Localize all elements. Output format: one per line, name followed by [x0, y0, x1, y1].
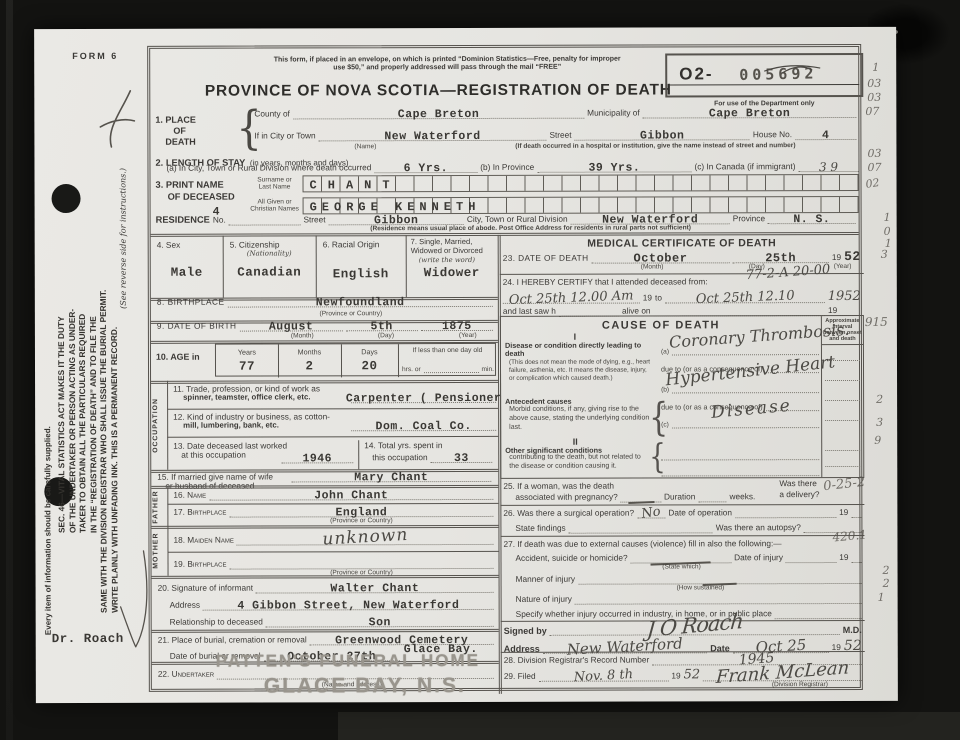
dob-year-note: (Year): [459, 332, 477, 339]
field27-label: 27. If death was due to external causes …: [503, 539, 781, 549]
street-field: Gibbon: [575, 129, 750, 140]
duration-label: Duration: [664, 493, 695, 503]
margin-note: 07: [867, 161, 881, 174]
dob-year: 1875: [442, 320, 472, 332]
margin-note: 1: [884, 211, 891, 224]
residence-street-label: Street: [303, 216, 325, 226]
hospital-note: (If death occurred in a hospital or inst…: [450, 142, 860, 150]
serial-number-box: O2- 005692: [665, 53, 863, 98]
county-label: County of: [254, 110, 290, 120]
field3-label1: 3. PRINT NAME: [156, 180, 224, 191]
registrar-signature-field: Frank McLean: [703, 670, 862, 681]
field25-label2: associated with pregnancy?: [515, 493, 617, 503]
field20-relation-line: Relationship to deceased Son: [170, 616, 494, 628]
field25-label1: 25. If a woman, was the death: [503, 482, 614, 492]
certify-from-field: Oct 25th 12.00 Am: [503, 293, 640, 304]
field12-label2: mill, lumbering, bank, etc.: [183, 421, 279, 430]
operation-19: 19: [839, 508, 848, 518]
film-bottom-strip: [338, 712, 960, 740]
operation-date-label: Date of operation: [668, 509, 732, 519]
residence-note: (Residence means usual place of abode. P…: [261, 224, 801, 232]
other-conditions-field2: [661, 465, 819, 476]
stay-a-label: (a) In City, Town or Rural Division wher…: [166, 164, 371, 174]
informant-value: Walter Chant: [330, 583, 419, 595]
given-names-value: GEORGE KENNETH: [310, 201, 481, 213]
dob-day-field: 5th: [346, 320, 418, 331]
age-days-value: 20: [341, 360, 398, 373]
citizenship-value: Canadian: [223, 266, 316, 279]
rule-12-13: [167, 436, 498, 438]
age-months-header: Months: [278, 347, 341, 356]
field1-county-line: County of Cape Breton Municipality of Ca…: [254, 107, 856, 120]
stay-a-field: 6 Yrs.: [374, 162, 477, 173]
interval-line: [825, 466, 860, 467]
dob-label: 9. DATE OF BIRTH: [157, 322, 237, 332]
spouse-field: Mary Chant: [291, 471, 491, 483]
field13-line: 1946: [281, 452, 353, 463]
surname-value: CHANT: [310, 179, 401, 191]
field27-nature-line: Nature of injury: [516, 593, 862, 605]
marital-sublabel: (write the word): [419, 256, 475, 264]
filed-label: 29. Filed: [504, 672, 536, 682]
mother-birthplace-field: [229, 558, 493, 570]
informant-address-field: 4 Gibbon Street, New Waterford: [203, 599, 494, 611]
md-label: M.D.: [843, 625, 862, 635]
mother-maiden-label: 18. Maiden Name: [173, 536, 233, 546]
field11-label2: spinner, teamster, office clerk, etc.: [183, 393, 310, 402]
cause-lead-label: Disease or condition directly leading to…: [505, 342, 650, 358]
municipality-field: Cape Breton: [643, 107, 857, 119]
stay-c-label: (c) In Canada (if immigrant): [694, 163, 795, 173]
field15-line: Mary Chant: [291, 471, 491, 483]
field14-label1: 14. Total yrs. spent in: [364, 441, 442, 451]
father-strip-divider: [167, 486, 168, 527]
relationship-value: Son: [369, 617, 391, 629]
field18-line: 18. Maiden Name unknown: [173, 534, 493, 546]
residence-no-field: [229, 214, 301, 225]
film-edge-streak: [6, 0, 13, 740]
age-min-label: min.: [482, 366, 494, 373]
relationship-field: Son: [266, 616, 494, 628]
field12-line: Dom. Coal Co.: [351, 420, 496, 431]
operation-label: 26. Was there a surgical operation?: [503, 509, 634, 519]
margin-note: 2: [883, 564, 890, 577]
spouse-value: Mary Chant: [354, 472, 428, 484]
given-sublabel-2: Christian Names: [249, 205, 301, 212]
other-conditions-field1: [661, 449, 819, 460]
field1-number: 1.: [155, 115, 163, 125]
last-worked-value: 1946: [302, 453, 332, 465]
informant-field: Walter Chant: [256, 582, 494, 594]
street-label: Street: [549, 131, 571, 141]
rule-26-27: [500, 535, 864, 537]
rule-below-residence: [151, 232, 859, 237]
certify-19a: 19: [643, 294, 652, 304]
mother-maiden-value: unknown: [322, 527, 409, 549]
field1-label-place: PLACE: [165, 115, 196, 125]
operation-year-field: [851, 507, 861, 518]
stay-b-label: (b) In Province: [480, 163, 534, 173]
age-hrs-field: [424, 362, 479, 373]
racial-origin-value: English: [316, 268, 406, 281]
division-registrar-note: (Division Registrar): [772, 681, 828, 688]
state-which-note: (State which): [637, 563, 727, 570]
mother-strip-label: MOTHER: [152, 528, 166, 574]
injury-19: 19: [839, 553, 848, 563]
age-years-value: 77: [216, 360, 278, 373]
dob-year-field: 1875: [421, 320, 493, 331]
residence-city-label: City, Town or Rural Division: [467, 215, 568, 225]
margin-note: 03: [867, 77, 881, 90]
age-box-divider: [398, 344, 399, 377]
informant-address-label: Address: [170, 601, 200, 611]
signature-field: J O Roach: [550, 624, 840, 636]
occupation-strip-divider: [167, 381, 168, 470]
rule-below-20: [152, 629, 499, 633]
age-box: Years Months Days If less than one day o…: [215, 343, 496, 377]
residence-no-label: No.: [213, 216, 226, 226]
rule-below-17: [151, 525, 498, 529]
county-value: Cape Breton: [398, 108, 479, 120]
other-conditions-note: contributing to the death, but not relat…: [509, 454, 651, 472]
certify-to-value: Oct 25th 12.10: [695, 289, 794, 306]
father-birthplace-label: 17. Birthplace: [173, 508, 226, 518]
field13-label2: at this occupation: [181, 451, 246, 461]
age-months-value: 2: [278, 360, 341, 373]
findings-label: State findings: [515, 524, 565, 534]
occupation-years-field: 33: [431, 452, 493, 463]
injury-date-label: Date of injury: [734, 554, 783, 564]
father-name-label: 16. Name: [173, 491, 206, 501]
undertaker-label: 22. Undertaker: [158, 670, 214, 680]
death-day-field: 25th: [732, 252, 829, 263]
operation-field: No: [637, 507, 665, 518]
municipality-value: Cape Breton: [709, 108, 790, 120]
death-month-field: October: [592, 252, 730, 263]
residence-label: RESIDENCE: [156, 215, 210, 226]
certify-from-value: Oct 25th 12.00 Am: [509, 289, 634, 307]
occupation-value: Carpenter ( Pensioner: [346, 392, 501, 404]
specify-field: [775, 608, 862, 619]
marital-label-2: Widowed or Divorced: [411, 247, 483, 256]
mother-maiden-field: unknown: [237, 534, 494, 546]
operation-date-field: [735, 507, 836, 518]
sex-value: Male: [151, 267, 223, 280]
field26-line1: 26. Was there a surgical operation? No D…: [503, 507, 861, 519]
rule-18-19: [167, 551, 498, 553]
margin-note: 02: [865, 176, 881, 191]
divider-13-14: [358, 440, 359, 469]
surname-sublabel: Surname or Last Name: [251, 176, 299, 190]
sidebar-supplied-note: Every item of information should be care…: [42, 135, 52, 637]
age-less-header: If less than one day old: [400, 347, 495, 354]
accident-label: Accident, suicide or homicide?: [515, 554, 627, 564]
nature-label: Nature of injury: [516, 595, 572, 605]
delivery-label2: a delivery?: [779, 490, 819, 500]
margin-note: 3: [881, 248, 888, 261]
father-birthplace-note: (Province or Country): [281, 517, 441, 524]
interval-line: [825, 380, 860, 381]
interval-line: [825, 420, 860, 421]
signed-by-label: Signed by: [504, 625, 547, 635]
given-names-comb-field: GEORGE KENNETH: [303, 196, 859, 214]
injury-year-field: [851, 552, 861, 563]
death-registration-document: FORM 6 Every item of information should …: [34, 27, 898, 703]
funeral-home-stamp-line1: PATTEN'S FUNERAL HOME: [216, 651, 480, 672]
residence-city-field: New Waterford: [571, 213, 730, 224]
age-days-header: Days: [341, 347, 398, 356]
field1-num-place: 1. PLACE: [155, 115, 196, 125]
cell-divider: [316, 235, 317, 297]
mail-instruction-note: This form, if placed in an envelope, on …: [212, 55, 682, 72]
field29-line: 29. Filed Nov. 8 th 19 52 Frank McLean: [504, 668, 862, 682]
other-conditions-line2: [661, 465, 819, 476]
findings-field: [569, 522, 713, 533]
other-conditions-line1: [661, 449, 819, 460]
field8-line: 8. BIRTHPLACE Newfoundland: [157, 296, 493, 308]
field25-line: associated with pregnancy? Duration week…: [515, 491, 755, 503]
cause-a-label: (a): [661, 348, 669, 355]
stay-c-field: 3 9: [798, 161, 858, 172]
dob-day-note: (Day): [378, 332, 394, 339]
burial-place-label: 21. Place of burial, cremation or remova…: [158, 636, 307, 646]
cause-c-label: (c): [661, 421, 669, 428]
occupation-strip-label: OCCUPATION: [152, 383, 166, 468]
accident-field: [631, 552, 732, 563]
birthplace-value: Newfoundland: [316, 297, 405, 309]
name-note: (Name): [300, 143, 430, 150]
field3-label2: OF DECEASED: [168, 192, 235, 203]
antecedent-note: Morbid conditions, if any, giving rise t…: [509, 406, 651, 433]
record-number-label: 28. Division Registrar's Record Number: [504, 656, 649, 666]
house-no-value: 4: [822, 130, 829, 142]
occupation-years-value: 33: [454, 452, 469, 464]
father-name-value: John Chant: [314, 490, 388, 502]
surname-sublabel-2: Last Name: [251, 183, 299, 190]
certify-to: to: [655, 294, 662, 304]
cause-lead-note: (This does not mean the mode of dying, e…: [509, 359, 651, 383]
residence-street-field: Gibbon: [329, 214, 464, 225]
stay-c-value: 3 9: [819, 161, 838, 173]
field23-line: 23. DATE OF DEATH October 25th 19 52: [503, 250, 861, 264]
dob-month-field: August: [239, 320, 342, 331]
industry-field: Dom. Coal Co.: [351, 420, 496, 431]
field2-line: (a) In City, Town or Rural Division wher…: [166, 161, 858, 174]
rule-11-12: [167, 408, 498, 410]
filed-date-value: Nov. 8 th: [574, 668, 634, 684]
margin-note: 915: [865, 315, 888, 329]
industry-value: Dom. Coal Co.: [376, 420, 472, 432]
interval-line: [825, 450, 860, 451]
certify-label: 24. I HEREBY CERTIFY that I attended dec…: [503, 277, 708, 287]
house-no-label: House No.: [753, 131, 792, 141]
manner-field: [578, 573, 862, 585]
certify-to-field: Oct 25th 12.10: [665, 292, 825, 303]
rule-16-17: [167, 503, 498, 505]
surname-sublabel-1: Surname or: [251, 176, 299, 183]
residence-province-field: N. S.: [768, 213, 856, 224]
certify-from-line: Oct 25th 12.00 Am 19 to Oct 25th 12.10 1…: [503, 290, 861, 304]
autopsy-field: [804, 522, 862, 533]
informant-address-value: 4 Gibbon Street, New Waterford: [237, 600, 459, 612]
field27-manner-line: Manner of injury: [516, 573, 862, 585]
manner-label: Manner of injury: [516, 575, 576, 585]
how-sustained-note: (How sustained): [677, 584, 725, 591]
city-value: New Waterford: [384, 130, 480, 142]
interval-line: [825, 400, 860, 401]
date-of-death-label: 23. DATE OF DEATH: [503, 254, 589, 264]
field20-line: 20. Signature of informant Walter Chant: [158, 582, 494, 594]
operation-value: No: [641, 505, 662, 521]
cause-of-death-box: CAUSE OF DEATH Approximate interval betw…: [500, 315, 864, 479]
autopsy-label: Was there an autopsy?: [716, 524, 801, 534]
municipality-label: Municipality of: [587, 109, 640, 119]
field14-line: this occupation 33: [372, 452, 492, 463]
field1-label-of: OF: [173, 126, 186, 136]
cell-divider: [406, 235, 407, 297]
serial-box-rule: [669, 84, 859, 85]
margin-note: 2: [883, 577, 890, 590]
last-worked-field: 1946: [281, 452, 353, 463]
father-name-field: John Chant: [209, 489, 493, 501]
age-hours-line: hrs. or min.: [402, 362, 494, 373]
street-value: Gibbon: [640, 130, 684, 142]
field16-line: 16. Name John Chant: [173, 489, 493, 501]
age-years-header: Years: [216, 347, 278, 356]
house-no-field: 4: [795, 129, 856, 140]
age-label: 10. AGE in: [156, 352, 200, 362]
birthplace-label: 8. BIRTHPLACE: [157, 298, 225, 308]
death-year-note: (Year): [834, 263, 852, 270]
dob-month-note: (Month): [291, 332, 314, 339]
duration-field: [698, 491, 726, 502]
city-label: If in City or Town: [254, 132, 315, 142]
father-strip-label: FATHER: [152, 487, 166, 527]
stay-b-field: 39 Yrs.: [537, 161, 691, 172]
margin-note: 03: [867, 147, 881, 160]
antecedent-label: Antecedent causes: [505, 397, 572, 406]
field26-line2: State findings Was there an autopsy?: [515, 522, 861, 534]
form-number-label: FORM 6: [72, 51, 118, 61]
marital-value: Widower: [406, 267, 498, 280]
father-birthplace-field: England: [229, 506, 493, 518]
dob-month: August: [269, 321, 313, 333]
margin-note: 1: [878, 591, 885, 604]
mother-birthplace-label: 19. Birthplace: [174, 560, 227, 570]
relationship-label: Relationship to deceased: [170, 618, 263, 628]
field1-label-death: DEATH: [165, 137, 195, 147]
dob-day: 5th: [371, 321, 393, 333]
filed-date-field: Nov. 8 th: [539, 670, 669, 681]
occupation-field: Carpenter ( Pensioner: [351, 392, 496, 403]
margin-note: 3: [876, 416, 883, 429]
birthplace-note: (Province or Country): [271, 310, 431, 317]
field9-line: 9. DATE OF BIRTH August 5th 1875: [157, 320, 493, 332]
page-title: PROVINCE OF NOVA SCOTIA—REGISTRATION OF …: [158, 81, 718, 100]
given-names-sublabel: All Given or Christian Names: [249, 198, 301, 212]
field20-address-line: Address 4 Gibbon Street, New Waterford: [170, 599, 494, 611]
funeral-home-stamp-line2: GLACE BAY, N.S.: [264, 674, 466, 699]
weeks-label: weeks.: [730, 493, 756, 503]
signed-line: Signed by J O Roach M.D.: [504, 624, 862, 636]
death-day: 25th: [765, 252, 796, 264]
informant-label: 20. Signature of informant: [158, 584, 254, 594]
margin-note: 2: [876, 393, 883, 406]
field27-accident-line: Accident, suicide or homicide? Date of i…: [515, 552, 861, 564]
nature-field: [575, 593, 862, 605]
margin-note: 9: [874, 434, 881, 447]
citizenship-sublabel: (Nationality): [247, 249, 292, 257]
serial-strike-mark: [762, 61, 822, 75]
city-field: New Waterford: [319, 130, 547, 142]
county-field: Cape Breton: [293, 108, 584, 120]
injury-date-field: [786, 552, 836, 563]
field11-line: Carpenter ( Pensioner: [351, 392, 496, 403]
rule-25-26: [500, 504, 864, 506]
margin-note: 1: [872, 61, 879, 74]
certify-to-year: 1952: [828, 290, 861, 303]
delivery-label1: Was there: [779, 479, 817, 489]
filed-year: 52: [684, 668, 701, 681]
stay-b-value: 39 Yrs.: [588, 162, 640, 174]
form-frame: This form, if placed in an envelope, on …: [147, 44, 863, 692]
field14-label2: this occupation: [372, 454, 427, 464]
residence-province-label: Province: [733, 215, 765, 225]
field1-city-line: If in City or Town New Waterford Street …: [254, 129, 856, 142]
racial-origin-label: 6. Racial Origin: [323, 240, 380, 250]
death-month-note: (Month): [641, 263, 664, 270]
surname-comb-field: CHANT: [303, 174, 859, 192]
medical-certificate-title: MEDICAL CERTIFICATE OF DEATH: [500, 237, 864, 250]
serial-prefix: O2-: [679, 64, 713, 84]
age-hrs-label: hrs. or: [402, 366, 421, 373]
margin-note: 03: [867, 91, 881, 104]
filed-19: 19: [671, 672, 680, 682]
mail-note-line2: use $50,” and properly addressed will pa…: [212, 63, 682, 72]
birthplace-field: Newfoundland: [228, 296, 493, 308]
death-19: 19: [832, 253, 841, 263]
death-year: 52: [844, 250, 861, 263]
pregnancy-field: [621, 491, 661, 502]
field17-line: 17. Birthplace England: [173, 506, 493, 518]
stay-a-value: 6 Yrs.: [404, 163, 448, 175]
mother-strip-divider: [167, 526, 168, 576]
rule-below-19: [152, 575, 499, 579]
margin-note: 07: [865, 105, 879, 118]
sex-label: 4. Sex: [157, 241, 181, 251]
field19-line: 19. Birthplace: [174, 558, 494, 570]
